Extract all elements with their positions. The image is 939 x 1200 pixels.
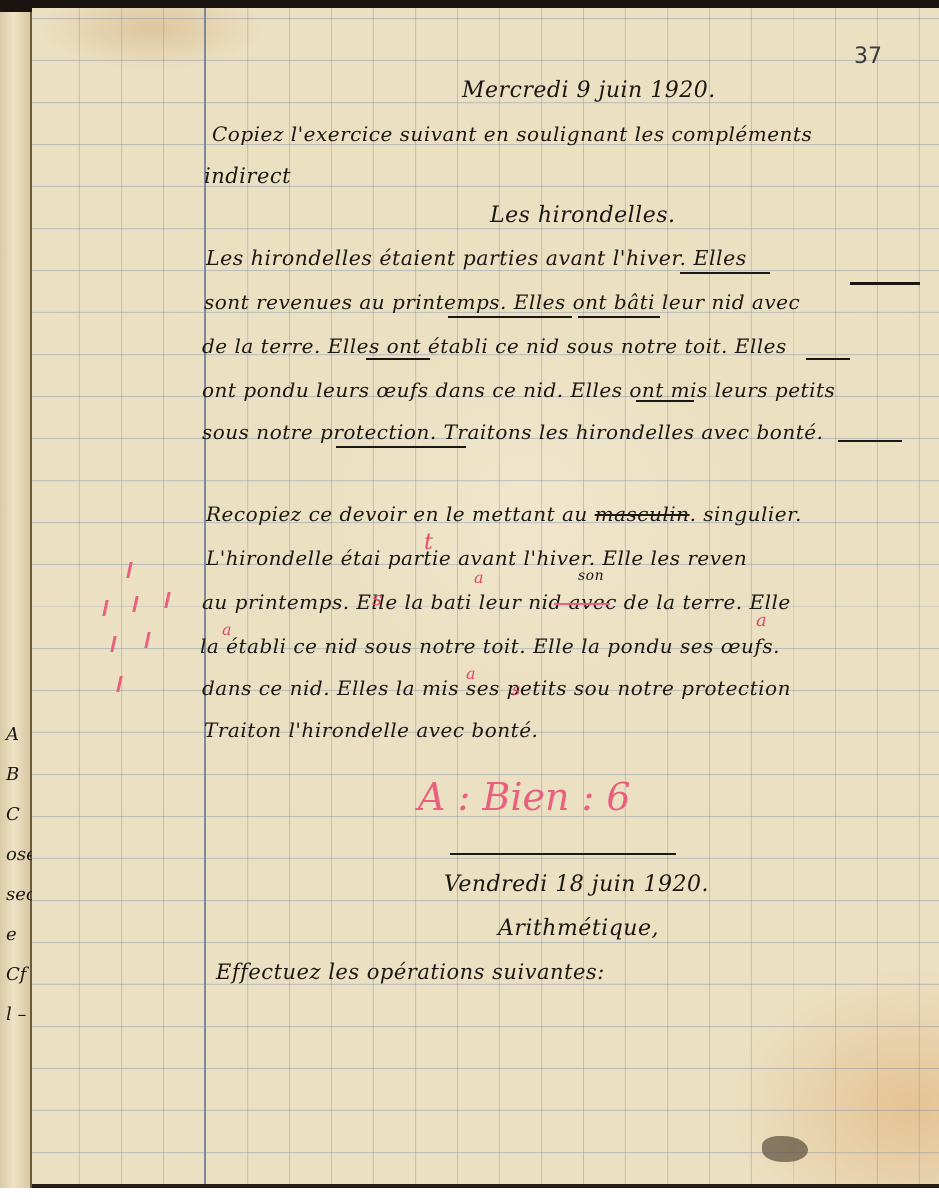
- underline-mark: [838, 440, 902, 442]
- entry2-date: Vendredi 18 juin 1920.: [444, 872, 709, 897]
- section-divider: [450, 853, 676, 855]
- margin-note: A: [0, 715, 32, 755]
- margin-note: ose: [0, 835, 32, 875]
- underline-mark: [336, 446, 466, 448]
- underline-mark: [448, 316, 572, 318]
- correction-a: a: [756, 610, 767, 631]
- underline-mark: [850, 282, 920, 285]
- correction-son: son: [578, 568, 604, 584]
- text-line-1: Les hirondelles étaient parties avant l'…: [206, 246, 747, 270]
- answer-line-1: L'hirondelle étai partie avant l'hiver. …: [206, 546, 747, 570]
- entry1-title: Les hirondelles.: [490, 203, 676, 228]
- answer-line-5: Traiton l'hirondelle avec bonté.: [204, 718, 538, 742]
- red-strike-mark: [554, 603, 610, 605]
- exercise2-instruction: Recopiez ce devoir en le mettant au masc…: [206, 502, 802, 526]
- margin-note: Cf: [0, 955, 32, 995]
- underline-mark: [578, 316, 660, 318]
- correction-s: s: [512, 680, 521, 699]
- margin-note: B: [0, 755, 32, 795]
- correction-a: a: [466, 664, 476, 683]
- answer-line-3: la établi ce nid sous notre toit. Elle l…: [200, 634, 780, 658]
- margin-note: C: [0, 795, 32, 835]
- answer-line-2: au printemps. Elle la bati leur nid avec…: [202, 590, 791, 614]
- correction-a: a: [222, 620, 232, 639]
- entry1-date: Mercredi 9 juin 1920.: [462, 78, 716, 103]
- exercise2-instruction-end: . singulier.: [690, 502, 802, 526]
- underline-mark: [680, 272, 770, 274]
- answer-line-4: dans ce nid. Elles la mis ses petits sou…: [202, 676, 791, 700]
- exercise2-instruction-text: Recopiez ce devoir en le mettant au: [206, 502, 588, 526]
- entry2-subject: Arithmétique,: [498, 916, 659, 941]
- margin-note: l –: [0, 995, 32, 1035]
- text-line-2: sont revenues au printemps. Elles ont bâ…: [204, 290, 800, 314]
- underline-mark: [806, 358, 850, 360]
- teacher-grade: A : Bien : 6: [418, 775, 631, 819]
- margin-note: e ca: [0, 915, 32, 955]
- underline-mark: [366, 358, 430, 360]
- correction-a: a: [474, 568, 484, 587]
- text-line-4: ont pondu leurs œufs dans ce nid. Elles …: [202, 378, 835, 402]
- margin-notes: A B C ose sec e ca Cf l –: [0, 715, 32, 1035]
- underline-mark: [636, 400, 694, 402]
- entry1-instruction-line1: Copiez l'exercice suivant en soulignant …: [212, 122, 812, 146]
- ink-stain: [762, 1136, 808, 1162]
- entry1-instruction-line2: indirect: [204, 164, 291, 188]
- struck-word: masculin: [595, 502, 690, 526]
- correction-t: t: [424, 530, 433, 555]
- page-number: 37: [854, 44, 882, 69]
- text-line-5: sous notre protection. Traitons les hiro…: [202, 420, 823, 444]
- text-line-3: de la terre. Elles ont établi ce nid sou…: [202, 334, 787, 358]
- correction-s: s: [372, 586, 383, 610]
- entry2-instruction: Effectuez les opérations suivantes:: [216, 960, 605, 984]
- margin-note: sec: [0, 875, 32, 915]
